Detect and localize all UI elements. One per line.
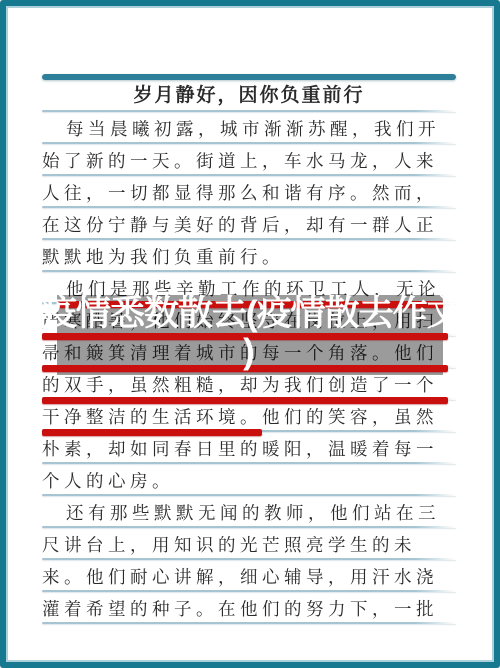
essay-line: 朴素，却如同春日里的暖阳，温暖着每一: [42, 437, 438, 462]
red-underline: [58, 301, 443, 308]
red-underline: [42, 429, 262, 436]
essay-line: 个人的心房。: [42, 469, 174, 494]
red-underline: [42, 365, 448, 372]
essay-line: 在这份宁静与美好的背后，却有一群人正: [42, 213, 438, 238]
essay-line: 灌着希望的种子。在他们的努力下，一批: [42, 597, 438, 622]
essay-image: 岁月静好，因你负重前行 每当晨曦初露，城市渐渐苏醒，我们开始了新的一天。街道上，…: [0, 0, 500, 668]
essay-line: 还有那些默默无闻的教师，他们站在三: [66, 501, 440, 526]
red-underline: [42, 333, 448, 340]
essay-line: 人往，一切都显得那么和谐有序。然而，: [42, 181, 438, 206]
rule-line: [42, 558, 456, 560]
rule-line: [42, 590, 456, 592]
rule-line: [42, 110, 456, 112]
red-underline: [42, 397, 448, 404]
essay-title: 岁月静好，因你负重前行: [42, 82, 456, 109]
essay-line: 干净整洁的生活环境。他们的笑容，虽然: [42, 405, 438, 430]
rule-line: [42, 142, 456, 144]
top-thick-rule: [42, 74, 456, 80]
rule-line: [42, 238, 456, 240]
essay-line: 尺讲台上，用知识的光芒照亮学生的未: [42, 533, 416, 558]
essay-line: 的双手，虽然粗糙，却为我们创造了一个: [42, 373, 438, 398]
rule-line: [42, 206, 456, 208]
essay-line: 来。他们耐心讲解，细心辅导，用汗水浇: [42, 565, 438, 590]
rule-line: [42, 462, 456, 464]
rule-line: [42, 174, 456, 176]
rule-line: [42, 622, 456, 624]
rule-line: [42, 270, 456, 272]
rule-line: [42, 494, 456, 496]
rule-line: [42, 526, 456, 528]
essay-line: 每当晨曦初露，城市渐渐苏醒，我们开: [66, 117, 440, 142]
essay-line: 始了新的一天。街道上，车水马龙，人来: [42, 149, 438, 174]
essay-line: 默默地为我们负重前行。: [42, 245, 284, 270]
